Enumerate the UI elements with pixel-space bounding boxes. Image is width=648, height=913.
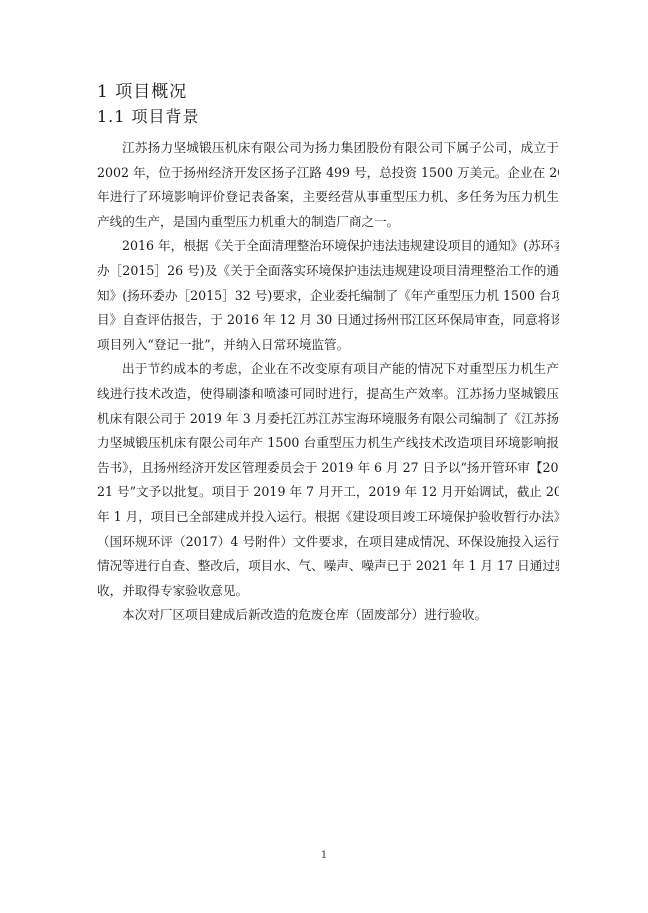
paragraph-line: 2016 年，根据《关于全面清理整治环境保护违法违规建设项目的通知》(苏环委 [97, 234, 559, 259]
paragraph-line: 产线的生产，是国内重型压力机重大的制造厂商之一。 [97, 210, 559, 235]
paragraph-line: 办［2015］26 号)及《关于全面落实环境保护违法违规建设项目清理整治工作的通 [97, 259, 559, 284]
body-text: 江苏扬力坚城锻压机床有限公司为扬力集团股份有限公司下属子公司，成立于 2002 … [97, 136, 559, 628]
paragraph-line: 线进行技术改造，使得刷漆和喷漆可同时进行，提高生产效率。江苏扬力坚城锻压 [97, 382, 559, 407]
page-number: 1 [0, 850, 648, 861]
paragraph-line: 21 号”文予以批复。项目于 2019 年 7 月开工，2019 年 12 月开… [97, 480, 559, 505]
paragraph-line: 2002 年，位于扬州经济开发区扬子江路 499 号，总投资 1500 万美元。… [97, 161, 559, 186]
paragraph-line: 知》(扬环委办［2015］32 号)要求，企业委托编制了《年产重型压力机 150… [97, 284, 559, 309]
document-page: 1 项目概况 1.1 项目背景 江苏扬力坚城锻压机床有限公司为扬力集团股份有限公… [0, 0, 648, 913]
paragraph-line: 目》自查评估报告，于 2016 年 12 月 30 日通过扬州邗江区环保局审查，… [97, 308, 559, 333]
paragraph-line: 年进行了环境影响评价登记表备案，主要经营从事重型压力机、多任务为压力机生 [97, 185, 559, 210]
paragraph-line: 机床有限公司于 2019 年 3 月委托江苏江苏宝海环境服务有限公司编制了《江苏… [97, 407, 559, 432]
paragraph-line: 年 1 月，项目已全部建成并投入运行。根据《建设项目竣工环境保护验收暂行办法》 [97, 505, 559, 530]
paragraph-line: 告书》，且扬州经济开发区管理委员会于 2019 年 6 月 27 日予以“扬开管… [97, 456, 559, 481]
paragraph-line: 江苏扬力坚城锻压机床有限公司为扬力集团股份有限公司下属子公司，成立于 [97, 136, 559, 161]
paragraph-line: 收，并取得专家验收意见。 [97, 579, 559, 604]
section-heading: 1 项目概况 [97, 80, 187, 104]
paragraph-line: 出于节约成本的考虑，企业在不改变原有项目产能的情况下对重型压力机生产 [97, 357, 559, 382]
paragraph-line: 项目列入“登记一批”，并纳入日常环境监管。 [97, 333, 559, 358]
paragraph-line: 本次对厂区项目建成后新改造的危废仓库（固废部分）进行验收。 [97, 603, 559, 628]
paragraph-line: 力坚城锻压机床有限公司年产 1500 台重型压力机生产线技术改造项目环境影响报 [97, 431, 559, 456]
subsection-heading: 1.1 项目背景 [97, 105, 200, 129]
paragraph-line: 情况等进行自查、整改后，项目水、气、噪声、噪声已于 2021 年 1 月 17 … [97, 554, 559, 579]
paragraph-line: （国环规环评（2017）4 号附件）文件要求，在项目建成情况、环保设施投入运行 [97, 530, 559, 555]
